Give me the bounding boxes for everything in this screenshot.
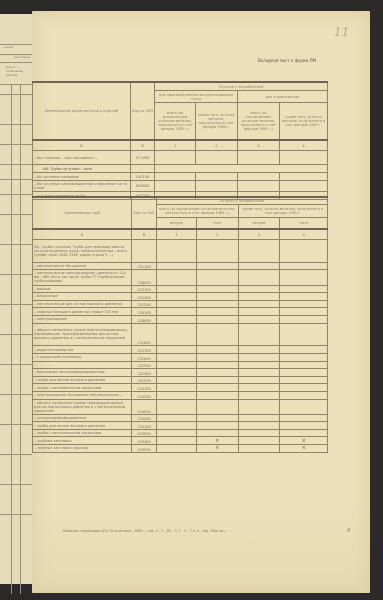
cell-input[interactable] bbox=[237, 181, 279, 192]
row-name: ...трубные заготовки (прочие) bbox=[33, 445, 132, 453]
cell-tons-1[interactable]: × bbox=[196, 437, 238, 445]
colnum-4: 4 bbox=[280, 229, 328, 240]
table-row: ...общего назначения (кроме трансформато… bbox=[33, 399, 328, 414]
cell-input[interactable] bbox=[237, 173, 279, 181]
row-code: 131100 bbox=[132, 262, 157, 270]
colnum-b: Б bbox=[33, 229, 132, 240]
cell-tons-2[interactable] bbox=[280, 353, 328, 361]
row-code: 138000 bbox=[132, 270, 157, 285]
colnum-v: В bbox=[130, 140, 155, 151]
table-row: ...трубы с металлическим покрытием135000 bbox=[33, 429, 328, 437]
underlying-header-5: расход bbox=[6, 74, 17, 78]
row-code: 138100 bbox=[132, 308, 157, 316]
printer-footnote: Киевская типография ЦСУ «Статистика», 19… bbox=[63, 529, 226, 533]
row-code: 134200 bbox=[132, 414, 157, 422]
table-row: ...металлические электросварные (диаметр… bbox=[33, 270, 328, 285]
cell-tons-2[interactable] bbox=[280, 293, 328, 301]
table-row: ...металлические бесшовные131100 bbox=[33, 262, 328, 270]
cell-meters-2[interactable] bbox=[238, 300, 280, 308]
cell-tons-2[interactable] bbox=[280, 384, 328, 392]
metals-table: Наименование видов металла и изделий Код… bbox=[32, 81, 328, 200]
cell-meters-2[interactable] bbox=[238, 399, 280, 414]
row-name: ...бы чугунные канализационные и фасонны… bbox=[33, 181, 131, 192]
cell-tons-2[interactable] bbox=[280, 361, 328, 369]
table-row: ...трубные заготовки139400×× bbox=[33, 437, 328, 445]
blank-cell bbox=[155, 165, 328, 173]
row-code bbox=[132, 240, 157, 263]
pipes-table: Наименование труб Код по ОКП Остатки у п… bbox=[32, 196, 328, 453]
table-row: ...холоднодеформированные134200 bbox=[33, 414, 328, 422]
cell-meters-1[interactable] bbox=[156, 437, 196, 445]
header-name: Наименование видов металла и изделий bbox=[33, 82, 131, 140]
cell-tons-2[interactable] bbox=[280, 308, 328, 316]
cell-meters-2[interactable] bbox=[238, 429, 280, 437]
cell-tons-1[interactable] bbox=[196, 285, 238, 293]
underlying-header-1: ...иной bbox=[2, 46, 13, 50]
header-construction: для строительства bbox=[237, 91, 327, 103]
cell-tons-2[interactable]: × bbox=[280, 445, 328, 453]
row-code: 132700 bbox=[132, 346, 157, 354]
row-name: ...трубные заготовки bbox=[33, 437, 132, 445]
row-code: 092600 bbox=[130, 181, 155, 192]
colnum-v: В bbox=[132, 229, 157, 240]
page-mark: 8 bbox=[347, 528, 350, 534]
colnum-3: 3 bbox=[238, 229, 280, 240]
table-row: ...электросварные безшовные (металлическ… bbox=[33, 391, 328, 399]
row-code: 131400 bbox=[132, 369, 157, 377]
row-code: 139500 bbox=[132, 445, 157, 453]
cell-input[interactable] bbox=[155, 181, 195, 192]
cell-input[interactable] bbox=[155, 151, 195, 165]
row-name: ...трубы с металлическим покрытием bbox=[33, 384, 132, 392]
row-name: ...бесшовные горячедеформированные bbox=[33, 369, 132, 377]
cell-tons-2[interactable] bbox=[280, 323, 328, 346]
row-code: 071400 bbox=[130, 151, 155, 165]
cell-tons-2[interactable]: × bbox=[280, 437, 328, 445]
cell-tons-1[interactable] bbox=[196, 399, 238, 414]
table-row: ...бы чугунные напорные 140100 bbox=[33, 173, 328, 181]
cell-tons-2[interactable] bbox=[280, 285, 328, 293]
header-additional: кроме того, остатки металла, полученного… bbox=[238, 205, 327, 218]
cell-tons-1[interactable] bbox=[196, 384, 238, 392]
cell-tons-2[interactable] bbox=[280, 391, 328, 399]
cell-meters-1[interactable] bbox=[156, 308, 196, 316]
cell-meters-2[interactable] bbox=[238, 293, 280, 301]
row-code: 132100 bbox=[132, 285, 157, 293]
cell-meters-2[interactable] bbox=[238, 414, 280, 422]
colnum-b: Б bbox=[33, 140, 131, 151]
cell-input[interactable] bbox=[155, 173, 195, 181]
cell-tons-2[interactable] bbox=[280, 422, 328, 430]
cell-meters-2[interactable] bbox=[238, 369, 280, 377]
table-row: ...сварные большого диаметра (свыше 530 … bbox=[33, 308, 328, 316]
cell-meters-1[interactable] bbox=[156, 293, 196, 301]
cell-tons-2[interactable] bbox=[280, 300, 328, 308]
cell-tons-1[interactable] bbox=[196, 315, 238, 323]
cell-tons-2[interactable] bbox=[280, 414, 328, 422]
cell-tons-2[interactable] bbox=[280, 270, 328, 285]
document-page: 11 Вкладной лист к форме ПМ Наименование… bbox=[32, 11, 370, 593]
cell-meters-1[interactable] bbox=[156, 384, 196, 392]
row-name: ...металлические бесшовные bbox=[33, 262, 132, 270]
cell-tons-1[interactable] bbox=[196, 300, 238, 308]
header-col1: всего (за исключением остатков металла, … bbox=[155, 103, 195, 141]
cell-meters-2[interactable] bbox=[238, 437, 280, 445]
cell-input[interactable] bbox=[195, 181, 237, 192]
table-row: ...водные132100 bbox=[33, 285, 328, 293]
cell-meters-2[interactable] bbox=[238, 270, 280, 285]
row-name: ...металлические электросварные (диаметр… bbox=[33, 270, 132, 285]
row-code: 133100 bbox=[132, 384, 157, 392]
table-row: ...трубы с металлическим покрытием133100 bbox=[33, 384, 328, 392]
colnum-2: 2 bbox=[196, 229, 238, 240]
table-row: VIII. Трубы чугунные – тонн bbox=[33, 165, 328, 173]
cell-meters-2[interactable] bbox=[238, 391, 280, 399]
cell-tons-2[interactable] bbox=[280, 346, 328, 354]
cell-meters-1[interactable] bbox=[156, 270, 196, 285]
table-row: ...131900 bbox=[33, 361, 328, 369]
header-tons-2: тонн bbox=[280, 218, 328, 230]
section-title: VIII. Трубы чугунные – тонн bbox=[33, 165, 131, 173]
row-name: ...металлические для котлов высокого дав… bbox=[33, 300, 132, 308]
row-name: ...сварные большого диаметра (свыше 530 … bbox=[33, 308, 132, 316]
header-group: Остатки у потребителей bbox=[155, 82, 328, 91]
row-name: ...бы стальные – тонн массивного ... bbox=[33, 151, 131, 165]
table-row: ...трубные заготовки (прочие)139500×× bbox=[33, 445, 328, 453]
cell-meters-1[interactable] bbox=[156, 445, 196, 453]
row-code: 139400 bbox=[132, 437, 157, 445]
row-code: 134000 bbox=[132, 399, 157, 414]
row-code: 138000 bbox=[132, 315, 157, 323]
cell-meters-2[interactable] bbox=[238, 361, 280, 369]
cell-tons-2[interactable] bbox=[280, 369, 328, 377]
cell-meters-2[interactable] bbox=[238, 262, 280, 270]
cell-meters-2[interactable] bbox=[238, 346, 280, 354]
cell-tons-2[interactable] bbox=[280, 315, 328, 323]
cell-tons-2[interactable] bbox=[280, 429, 328, 437]
cell-input[interactable] bbox=[195, 151, 237, 165]
cell-input[interactable] bbox=[195, 173, 237, 181]
row-name: ...общего назначения (кроме нефтегазопро… bbox=[33, 323, 132, 346]
cell-meters-2[interactable] bbox=[238, 315, 280, 323]
cell-meters-1[interactable] bbox=[156, 399, 196, 414]
cell-meters-2[interactable] bbox=[238, 422, 280, 430]
cell-meters-1[interactable] bbox=[156, 369, 196, 377]
cell-meters-2[interactable] bbox=[238, 240, 280, 263]
cell-tons-1[interactable] bbox=[196, 240, 238, 263]
table-row: ...металлические для котлов высокого дав… bbox=[33, 300, 328, 308]
cell-meters-1[interactable] bbox=[156, 376, 196, 384]
header-name: Наименование труб bbox=[33, 197, 132, 229]
cell-tons-2[interactable] bbox=[280, 240, 328, 263]
cell-tons-1[interactable] bbox=[196, 293, 238, 301]
cell-tons-1[interactable] bbox=[196, 429, 238, 437]
row-name: ...трубы для котлов высокого давления bbox=[33, 376, 132, 384]
header-meters-1: метров bbox=[156, 218, 196, 230]
table-row: ...водогазопроводные132700 bbox=[33, 346, 328, 354]
cell-meters-1[interactable] bbox=[156, 391, 196, 399]
row-name: ...электросварные безшовные (металлическ… bbox=[33, 391, 132, 399]
header-code: Код по ОКП bbox=[130, 82, 155, 140]
cell-tons-1[interactable] bbox=[196, 323, 238, 346]
cell-tons-1[interactable] bbox=[196, 353, 238, 361]
header-code: Код по ОКП bbox=[132, 197, 157, 229]
row-name: ...трубы для котлов высокого давления bbox=[33, 422, 132, 430]
form-label: Вкладной лист к форме ПМ bbox=[258, 58, 316, 63]
row-code: 135000 bbox=[132, 429, 157, 437]
row-name: ...холоднодеформированные bbox=[33, 414, 132, 422]
cell-meters-1[interactable] bbox=[156, 346, 196, 354]
row-code: 131800 bbox=[132, 323, 157, 346]
row-code: 131500 bbox=[132, 376, 157, 384]
colnum-2: 2 bbox=[195, 140, 237, 151]
cell-meters-1[interactable] bbox=[156, 285, 196, 293]
header-total: всего (за исключением остатков металла, … bbox=[156, 205, 238, 218]
header-col3: всего (за исключением остатков металла, … bbox=[237, 103, 279, 141]
cell-tons-1[interactable] bbox=[196, 270, 238, 285]
table-row: ...бесшовные горячедеформированные131400 bbox=[33, 369, 328, 377]
header-meters-2: метров bbox=[238, 218, 280, 230]
cell-tons-2[interactable] bbox=[280, 399, 328, 414]
header-tons-1: тонн bbox=[196, 218, 238, 230]
colnum-3: 3 bbox=[237, 140, 279, 151]
table-row: ...бы стальные – тонн массивного ... 071… bbox=[33, 151, 328, 165]
cell-meters-2[interactable] bbox=[238, 353, 280, 361]
table-row: ...электросварные138000 bbox=[33, 315, 328, 323]
cell-tons-1[interactable] bbox=[196, 262, 238, 270]
row-name: ...бесшовные bbox=[33, 293, 132, 301]
cell-tons-1[interactable] bbox=[196, 361, 238, 369]
cell-meters-2[interactable] bbox=[238, 323, 280, 346]
cell-input[interactable] bbox=[280, 151, 328, 165]
row-code: 132400 bbox=[132, 293, 157, 301]
cell-meters-1[interactable] bbox=[156, 300, 196, 308]
header-col2: кроме того, остатки металла, полученного… bbox=[195, 103, 237, 141]
cell-tons-1[interactable] bbox=[196, 422, 238, 430]
row-code: 131600 bbox=[132, 353, 157, 361]
pipe-rows: VIII. Трубы стальные. Трубы для производ… bbox=[33, 240, 328, 453]
row-name: ...водогазопроводные bbox=[33, 346, 132, 354]
row-name: ...электросварные bbox=[33, 315, 132, 323]
cell-meters-2[interactable] bbox=[238, 445, 280, 453]
cell-meters-1[interactable] bbox=[156, 315, 196, 323]
row-name: ...с покрытием (тепловые) bbox=[33, 353, 132, 361]
table-row: VIII. Трубы стальные. Трубы для производ… bbox=[33, 240, 328, 263]
colnum-1: 1 bbox=[155, 140, 195, 151]
cell-meters-2[interactable] bbox=[238, 376, 280, 384]
row-code: 131200 bbox=[132, 300, 157, 308]
cell-tons-1[interactable] bbox=[196, 369, 238, 377]
cell-input[interactable] bbox=[280, 173, 328, 181]
colnum-1: 1 bbox=[156, 229, 196, 240]
table-row: ...трубы для котлов высокого давления131… bbox=[33, 376, 328, 384]
cell-tons-1[interactable] bbox=[196, 308, 238, 316]
table-row: ...общего назначения (кроме нефтегазопро… bbox=[33, 323, 328, 346]
cell-meters-1[interactable] bbox=[156, 361, 196, 369]
cell-tons-1[interactable] bbox=[196, 391, 238, 399]
cell-meters-2[interactable] bbox=[238, 384, 280, 392]
row-name: ...бы чугунные напорные bbox=[33, 173, 131, 181]
cell-meters-1[interactable] bbox=[156, 240, 196, 263]
row-code: 133200 bbox=[132, 391, 157, 399]
row-code: 134100 bbox=[132, 422, 157, 430]
row-name: ...водные bbox=[33, 285, 132, 293]
cell-input[interactable] bbox=[237, 151, 279, 165]
cell-meters-1[interactable] bbox=[156, 422, 196, 430]
row-name: VIII. Трубы стальные. Трубы для производ… bbox=[33, 240, 132, 263]
cell-tons-1[interactable] bbox=[196, 376, 238, 384]
header-col4: кроме того, остатки металла, полученного… bbox=[280, 103, 328, 141]
cell-meters-2[interactable] bbox=[238, 308, 280, 316]
row-name: ... bbox=[33, 361, 132, 369]
table-row: ...бы чугунные канализационные и фасонны… bbox=[33, 181, 328, 192]
cell-meters-1[interactable] bbox=[156, 353, 196, 361]
cell-meters-1[interactable] bbox=[156, 414, 196, 422]
cell-tons-2[interactable] bbox=[280, 262, 328, 270]
row-code: 131900 bbox=[132, 361, 157, 369]
table-row: ...бесшовные132400 bbox=[33, 293, 328, 301]
cell-input[interactable] bbox=[280, 181, 328, 192]
row-code bbox=[130, 165, 155, 173]
cell-meters-2[interactable] bbox=[238, 285, 280, 293]
cell-tons-1[interactable] bbox=[196, 346, 238, 354]
cell-meters-1[interactable] bbox=[156, 323, 196, 346]
header-group: Остатки у потребителей bbox=[156, 197, 327, 205]
cell-meters-1[interactable] bbox=[156, 429, 196, 437]
cell-tons-1[interactable] bbox=[196, 414, 238, 422]
cell-meters-1[interactable] bbox=[156, 262, 196, 270]
handwritten-page-number: 11 bbox=[334, 25, 349, 39]
row-code: 140100 bbox=[130, 173, 155, 181]
row-name: ...трубы с металлическим покрытием bbox=[33, 429, 132, 437]
header-production: для производственно-эксплуатационных нуж… bbox=[155, 91, 237, 103]
row-name: ...общего назначения (кроме трансформато… bbox=[33, 399, 132, 414]
cell-tons-2[interactable] bbox=[280, 376, 328, 384]
table-row: ...трубы для котлов высокого давления134… bbox=[33, 422, 328, 430]
underlying-header-2: или строи bbox=[14, 56, 30, 60]
table-row: ...с покрытием (тепловые)131600 bbox=[33, 353, 328, 361]
cell-tons-1[interactable]: × bbox=[196, 445, 238, 453]
colnum-4: 4 bbox=[280, 140, 328, 151]
